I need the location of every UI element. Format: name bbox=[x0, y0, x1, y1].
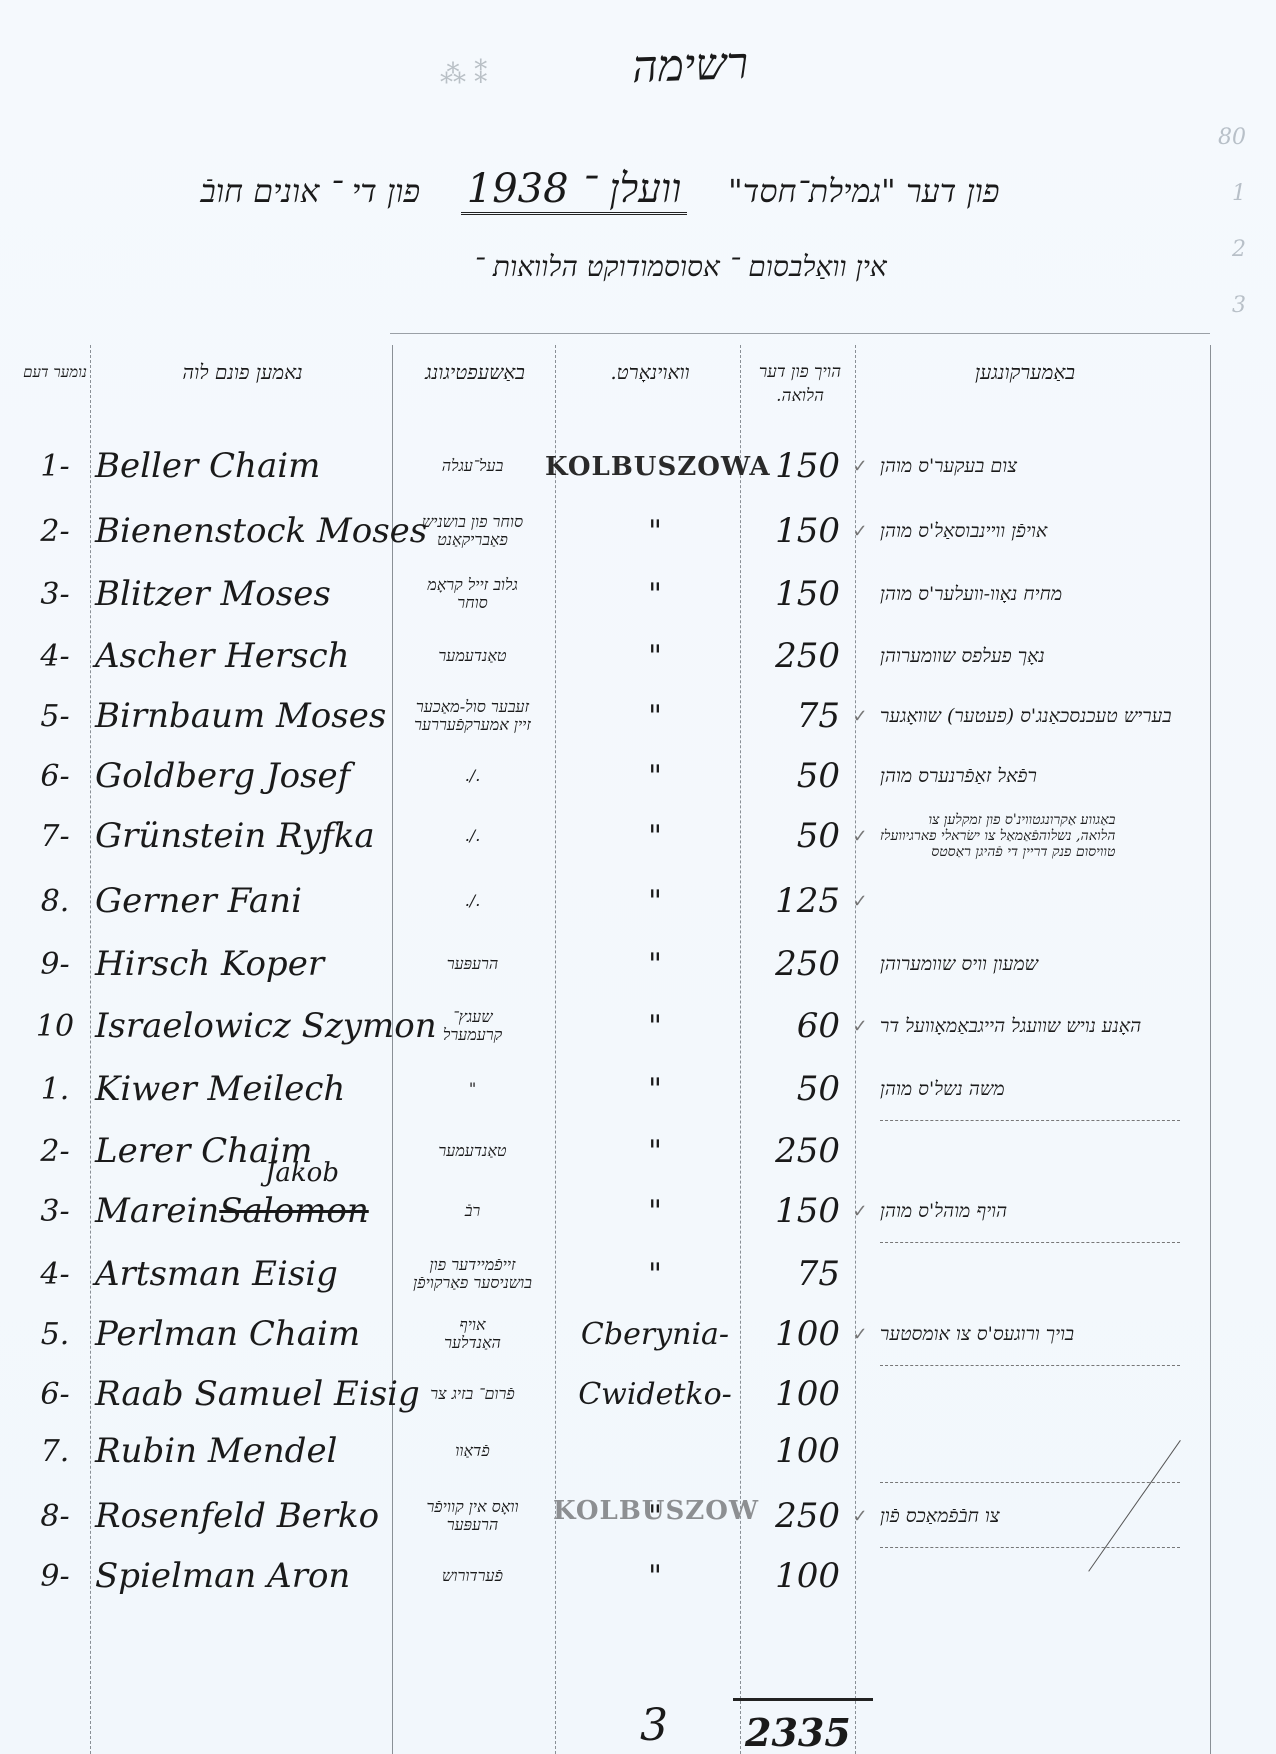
residence: " bbox=[550, 1243, 760, 1305]
borrower-name: Ascher Hersch bbox=[95, 625, 395, 687]
borrower-name-text: Marein bbox=[95, 1191, 219, 1231]
row-number: 7- bbox=[20, 805, 90, 867]
loan-amount: 150 bbox=[730, 500, 846, 562]
occupation: סוחר פון בושניש פאַבריקאַנט bbox=[400, 500, 545, 562]
residence: Cwidetko- bbox=[550, 1363, 760, 1425]
check-mark bbox=[850, 1420, 870, 1482]
borrower-name: Perlman Chaim bbox=[95, 1303, 395, 1365]
residence: " bbox=[550, 563, 760, 625]
residence: " bbox=[550, 625, 760, 687]
document-subtitle-line2: אין וואַלבסום ־ אסוסמודוקט הלוואות ־ bbox=[300, 250, 1060, 284]
occupation: שעגץ־ קרעמערל bbox=[400, 995, 545, 1057]
loan-amount: 150 bbox=[730, 1180, 846, 1242]
row-dashed-rule bbox=[880, 1482, 1180, 1483]
occupation: ./. bbox=[400, 805, 545, 867]
residence: " bbox=[550, 870, 760, 932]
check-mark bbox=[850, 1363, 870, 1425]
note: באַגווע אַקרונגטווינ'ס פון זמקלען צו הלו… bbox=[880, 805, 1190, 867]
note: צום בעקער'ס מוהן bbox=[880, 435, 1190, 497]
borrower-name: Grünstein Ryfka bbox=[95, 805, 395, 867]
loan-amount: 100 bbox=[730, 1420, 846, 1482]
row-number: 2- bbox=[20, 1120, 90, 1182]
check-mark bbox=[850, 1058, 870, 1120]
occupation: זייפֿמיידער פון בושניסער פאַרקויפֿן bbox=[400, 1243, 545, 1305]
occupation: ./. bbox=[400, 870, 545, 932]
borrower-name-text: Bienenstock Moses bbox=[95, 511, 427, 551]
row-number: 3- bbox=[20, 1180, 90, 1242]
borrower-name-text: Birnbaum Moses bbox=[95, 696, 386, 736]
occupation: בעל־עגלה bbox=[400, 435, 545, 497]
note bbox=[880, 1420, 1190, 1482]
table-row: 9-Spielman Aronפֿערדורוש"100 bbox=[20, 1545, 1210, 1607]
occupation: וואָס אין קוויפֿר הרעפּער bbox=[400, 1485, 545, 1547]
borrower-name: Rubin Mendel bbox=[95, 1420, 395, 1482]
borrower-name: Hirsch Koper bbox=[95, 933, 395, 995]
table-row: 9-Hirsch Koperהרעפּער"250שמעון וויס שוומ… bbox=[20, 933, 1210, 995]
table-row: 5-Birnbaum Mosesזעבער סול-מאַכער זיין אמ… bbox=[20, 685, 1210, 747]
table-row: 4-Artsman Eisigזייפֿמיידער פון בושניסער … bbox=[20, 1243, 1210, 1305]
occupation: פֿרום־ בזיג צר bbox=[400, 1363, 545, 1425]
subtitle-year: וועלן ־ 1938 bbox=[461, 165, 688, 215]
check-mark bbox=[850, 1545, 870, 1607]
check-mark: ✓ bbox=[850, 1303, 870, 1365]
borrower-name: Bienenstock Moses bbox=[95, 500, 395, 562]
note bbox=[880, 1243, 1190, 1305]
check-mark: ✓ bbox=[850, 1180, 870, 1242]
table-row: 6-Goldberg Josef./."50רפֿאל זאַפֿרנערס מ… bbox=[20, 745, 1210, 807]
occupation: זעבער סול-מאַכער זיין אמערקפֿעררער bbox=[400, 685, 545, 747]
table-row: 7.Rubin Mendelפֿדאַוו100 bbox=[20, 1420, 1210, 1482]
residence: " bbox=[550, 1058, 760, 1120]
subtitle-suffix: פון דער "גמילת־חסד" bbox=[728, 172, 1000, 210]
borrower-name: Blitzer Moses bbox=[95, 563, 395, 625]
loans-table: נומער דעם נאמען פונם לוה באַשעפטיגונג וו… bbox=[20, 345, 1210, 1754]
borrower-name-text: Rubin Mendel bbox=[95, 1431, 337, 1471]
occupation: טאַנדעמער bbox=[400, 625, 545, 687]
occupation: אויף האַנדלער bbox=[400, 1303, 545, 1365]
borrower-name: Lerer Chaim bbox=[95, 1120, 395, 1182]
struck-name: Salomon bbox=[219, 1191, 369, 1231]
check-mark bbox=[850, 1243, 870, 1305]
note bbox=[880, 1363, 1190, 1425]
table-top-rule bbox=[390, 333, 1210, 334]
check-mark bbox=[850, 625, 870, 687]
occupation: פֿדאַוו bbox=[400, 1420, 545, 1482]
borrower-name-text: Grünstein Ryfka bbox=[95, 816, 375, 856]
loan-amount: 50 bbox=[730, 805, 846, 867]
column-header-notes: באַמערקונגען bbox=[860, 360, 1190, 384]
margin-note: 80 bbox=[1096, 110, 1246, 166]
loan-amount: 250 bbox=[730, 933, 846, 995]
note bbox=[880, 870, 1190, 932]
margin-faint-notes: 80123 bbox=[1096, 110, 1246, 370]
table-row: 6-Raab Samuel Eisigפֿרום־ בזיג צרCwidetk… bbox=[20, 1363, 1210, 1425]
borrower-name: Beller Chaim bbox=[95, 435, 395, 497]
check-mark: ✓ bbox=[850, 500, 870, 562]
check-mark: ✓ bbox=[850, 870, 870, 932]
borrower-name-text: Gerner Fani bbox=[95, 881, 302, 921]
row-number: 1- bbox=[20, 435, 90, 497]
residence: " bbox=[550, 995, 760, 1057]
occupation: הרעפּער bbox=[400, 933, 545, 995]
kolbuszowa-stamp-faint: KOLBUSZOW bbox=[553, 1496, 759, 1526]
row-number: 5- bbox=[20, 685, 90, 747]
note bbox=[880, 1120, 1190, 1182]
borrower-name: Goldberg Josef bbox=[95, 745, 395, 807]
check-mark bbox=[850, 563, 870, 625]
borrower-name-text: Ascher Hersch bbox=[95, 636, 350, 676]
row-number: 8- bbox=[20, 1485, 90, 1547]
row-number: 4- bbox=[20, 1243, 90, 1305]
check-mark: ✓ bbox=[850, 805, 870, 867]
note: מחיח נאָוו-וועלער'ס מוהן bbox=[880, 563, 1190, 625]
residence: " bbox=[550, 1120, 760, 1182]
table-row: 4-Ascher Herschטאַנדעמער"250נאָך פעלפס ש… bbox=[20, 625, 1210, 687]
row-number: 1. bbox=[20, 1058, 90, 1120]
name-correction: Jakob bbox=[265, 1158, 339, 1188]
note: נאָך פעלפס שוומערוהן bbox=[880, 625, 1190, 687]
table-row: 3-Blitzer Mosesגלוב זייל קראָמ סוחר"150מ… bbox=[20, 563, 1210, 625]
column-header-amount: הויך פון דער הלואה. bbox=[740, 360, 860, 408]
borrower-name-text: Perlman Chaim bbox=[95, 1314, 360, 1354]
borrower-name-text: Raab Samuel Eisig bbox=[95, 1374, 420, 1414]
residence: " bbox=[550, 805, 760, 867]
occupation: טאַנדעמער bbox=[400, 1120, 545, 1182]
loan-amount: 75 bbox=[730, 685, 846, 747]
check-mark bbox=[850, 933, 870, 995]
borrower-name-text: Kiwer Meilech bbox=[95, 1069, 345, 1109]
row-number: 9- bbox=[20, 933, 90, 995]
column-header-occupation: באַשעפטיגונג bbox=[395, 360, 555, 384]
faint-stamp-mark: ⁂ ⁑ bbox=[440, 60, 487, 90]
note: בעריש טעכנסכאַנג'ס (פעטער) שוואָגער bbox=[880, 685, 1190, 747]
margin-note: 2 bbox=[1096, 222, 1246, 278]
borrower-name-text: Blitzer Moses bbox=[95, 574, 331, 614]
loan-amount: 75 bbox=[730, 1243, 846, 1305]
residence: Cberynia- bbox=[550, 1303, 760, 1365]
table-row: 1.Kiwer Meilech""50משה נשל'ס מוהן bbox=[20, 1058, 1210, 1120]
loan-amount: 60 bbox=[730, 995, 846, 1057]
borrower-name-text: Spielman Aron bbox=[95, 1556, 350, 1596]
occupation: גלוב זייל קראָמ סוחר bbox=[400, 563, 545, 625]
residence bbox=[550, 1420, 760, 1482]
check-mark bbox=[850, 745, 870, 807]
row-number: 10 bbox=[20, 995, 90, 1057]
column-header-num: נומער דעם bbox=[20, 360, 90, 384]
row-number: 6- bbox=[20, 1363, 90, 1425]
loan-amount: 50 bbox=[730, 745, 846, 807]
column-header-name: נאמען פונם לוה bbox=[95, 360, 390, 384]
document-subtitle-line1: פון דער "גמילת־חסד" וועלן ־ 1938 פון די … bbox=[0, 165, 1200, 215]
check-mark: ✓ bbox=[850, 1485, 870, 1547]
subtitle-prefix: פון די ־ אונים חובֿ bbox=[200, 172, 420, 210]
loan-amount: 100 bbox=[730, 1363, 846, 1425]
kolbuszowa-stamp: KOLBUSZOWA bbox=[545, 452, 771, 482]
table-row: 5.Perlman Chaimאויף האַנדלערCberynia-100… bbox=[20, 1303, 1210, 1365]
borrower-name-text: Hirsch Koper bbox=[95, 944, 324, 984]
row-number: 9- bbox=[20, 1545, 90, 1607]
table-row: 7-Grünstein Ryfka./."50✓באַגווע אַקרונגט… bbox=[20, 805, 1210, 867]
loan-amount: 250 bbox=[730, 1120, 846, 1182]
borrower-name-text: Goldberg Josef bbox=[95, 756, 350, 796]
table-row: 3-Marein SalomonJakobרבֿ"150✓הויף מוהל'ס… bbox=[20, 1180, 1210, 1242]
table-row: 10Israelowicz Szymonשעגץ־ קרעמערל"60✓האָ… bbox=[20, 995, 1210, 1057]
loan-amount: 250 bbox=[730, 625, 846, 687]
check-mark: ✓ bbox=[850, 685, 870, 747]
total-amount: 2335 bbox=[745, 1710, 851, 1754]
row-number: 6- bbox=[20, 745, 90, 807]
check-mark bbox=[850, 1120, 870, 1182]
residence: " bbox=[550, 933, 760, 995]
document-title: רשימה bbox=[599, 37, 781, 94]
total-rule bbox=[733, 1698, 873, 1701]
residence: " bbox=[550, 685, 760, 747]
column-header-residence: וואוינאָרט. bbox=[560, 360, 740, 384]
table-row: 2-Lerer Chaimטאַנדעמער"250 bbox=[20, 1120, 1210, 1182]
borrower-name: Marein SalomonJakob bbox=[95, 1180, 395, 1242]
residence: " bbox=[550, 500, 760, 562]
row-number: 7. bbox=[20, 1420, 90, 1482]
occupation: " bbox=[400, 1058, 545, 1120]
row-number: 2- bbox=[20, 500, 90, 562]
borrower-name-text: Israelowicz Szymon bbox=[95, 1006, 437, 1046]
note: שמעון וויס שוומערוהן bbox=[880, 933, 1190, 995]
loan-amount: 50 bbox=[730, 1058, 846, 1120]
borrower-name: Spielman Aron bbox=[95, 1545, 395, 1607]
note: האָנע נויש שוועגל הייגבאַמאָוועל דר bbox=[880, 995, 1190, 1057]
borrower-name: Raab Samuel Eisig bbox=[95, 1363, 395, 1425]
margin-note: 1 bbox=[1096, 166, 1246, 222]
borrower-name-text: Beller Chaim bbox=[95, 446, 320, 486]
borrower-name-text: Rosenfeld Berko bbox=[95, 1496, 379, 1536]
table-row: 2-Bienenstock Mosesסוחר פון בושניש פאַבר… bbox=[20, 500, 1210, 562]
margin-note: 3 bbox=[1096, 278, 1246, 334]
note: רפֿאל זאַפֿרנערס מוהן bbox=[880, 745, 1190, 807]
loan-amount: 125 bbox=[730, 870, 846, 932]
borrower-name: Gerner Fani bbox=[95, 870, 395, 932]
row-number: 5. bbox=[20, 1303, 90, 1365]
occupation: ./. bbox=[400, 745, 545, 807]
row-number: 3- bbox=[20, 563, 90, 625]
check-mark: ✓ bbox=[850, 435, 870, 497]
residence: " bbox=[550, 1545, 760, 1607]
borrower-name: Artsman Eisig bbox=[95, 1243, 395, 1305]
borrower-name-text: Artsman Eisig bbox=[95, 1254, 338, 1294]
row-number: 4- bbox=[20, 625, 90, 687]
residence: " bbox=[550, 1180, 760, 1242]
residence: " bbox=[550, 745, 760, 807]
occupation: רבֿ bbox=[400, 1180, 545, 1242]
borrower-name: Birnbaum Moses bbox=[95, 685, 395, 747]
borrower-name: Israelowicz Szymon bbox=[95, 995, 395, 1057]
total-ditto-mark: 3 bbox=[640, 1700, 668, 1751]
table-row: 8.Gerner Fani./."125✓ bbox=[20, 870, 1210, 932]
check-mark: ✓ bbox=[850, 995, 870, 1057]
loan-amount: 150 bbox=[730, 563, 846, 625]
loan-amount: 100 bbox=[730, 1545, 846, 1607]
scanned-document-page: ⁂ ⁑ רשימה פון דער "גמילת־חסד" וועלן ־ 19… bbox=[0, 0, 1276, 1754]
row-number: 8. bbox=[20, 870, 90, 932]
borrower-name: Kiwer Meilech bbox=[95, 1058, 395, 1120]
occupation: פֿערדורוש bbox=[400, 1545, 545, 1607]
loan-amount: 100 bbox=[730, 1303, 846, 1365]
note: אויפֿן וויינבוסאַל'ס מוהן bbox=[880, 500, 1190, 562]
borrower-name: Rosenfeld Berko bbox=[95, 1485, 395, 1547]
note: משה נשל'ס מוהן bbox=[880, 1058, 1190, 1120]
note: הויף מוהל'ס מוהן bbox=[880, 1180, 1190, 1242]
note: בויך ורוגעס'ס צו אומסטער bbox=[880, 1303, 1190, 1365]
